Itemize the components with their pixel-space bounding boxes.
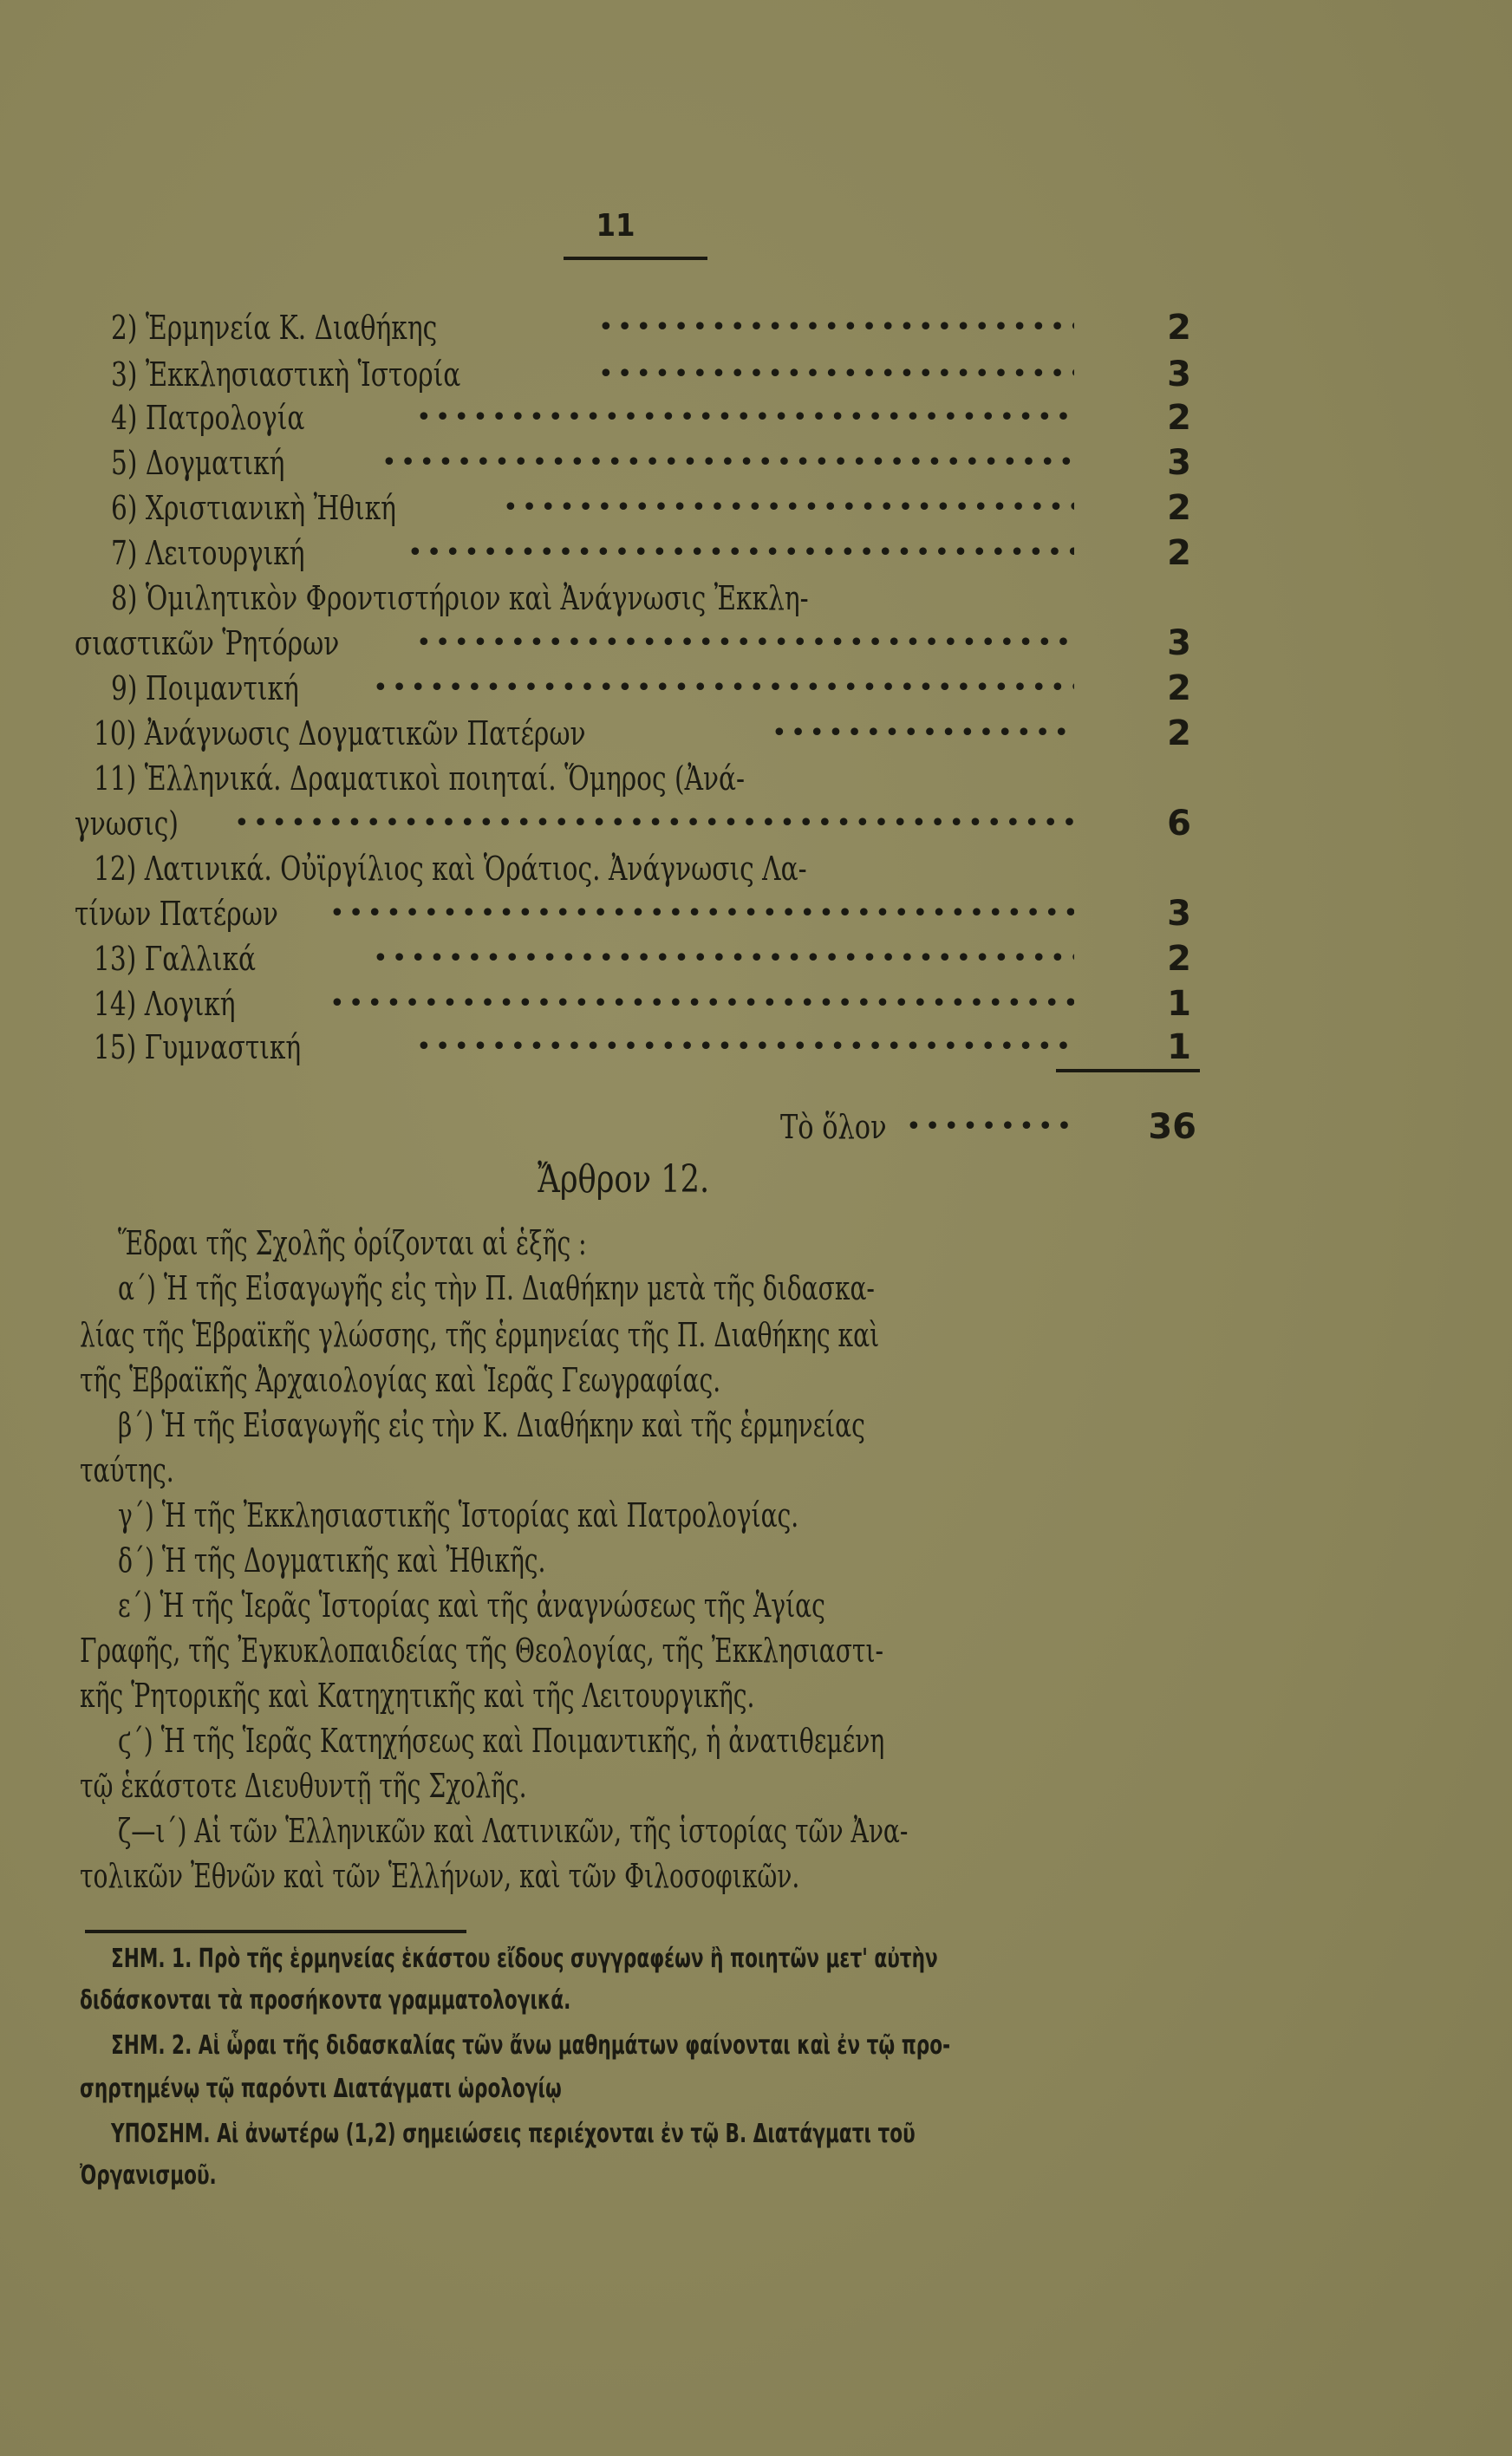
text-line: ϛ´) Ἡ τῆς Ἱερᾶς Κατηχήσεως καὶ Ποιμαντικ… — [118, 1722, 884, 1760]
leader-dots: ••••••••••••••••••••••••••••••••••••••••… — [416, 1023, 1074, 1072]
footnote-line: ΥΠΟΣΗΜ. Αἱ ἀνωτέρω (1,2) σημειώσεις περι… — [111, 2119, 916, 2149]
leader-dots: ••••••••••••••••••••••••••••••••••••••••… — [598, 350, 1074, 399]
leader-dots: ••••••••••••••••••••••••••••••••••••••••… — [381, 439, 1074, 487]
toc-hours: 1 — [1162, 980, 1196, 1028]
footnote-line: διδάσκονται τὰ προσήκοντα γραμματολογικά… — [80, 1985, 570, 2016]
toc-row: 14) Λογική •••••••••••••••••••••••••••••… — [0, 980, 1512, 1028]
toc-label: 11) Ἑλληνικά. Δραματικοὶ ποιηταί. Ὅμηρος… — [94, 754, 745, 803]
text-line: κῆς Ῥητορικῆς καὶ Κατηχητικῆς καὶ τῆς Λε… — [80, 1677, 754, 1715]
toc-label: 15) Γυμναστική — [94, 1023, 301, 1072]
toc-row: 11) Ἑλληνικά. Δραματικοὶ ποιηταί. Ὅμηρος… — [0, 754, 1512, 803]
toc-label-continued: τίνων Πατέρων — [75, 889, 278, 938]
toc-hours: 2 — [1162, 529, 1196, 577]
toc-label: 9) Ποιμαντική — [111, 664, 299, 713]
toc-hours: 3 — [1162, 439, 1196, 487]
leader-dots: ••••••••• — [906, 1101, 1075, 1153]
toc-row: 5) Δογματική •••••••••••••••••••••••••••… — [0, 439, 1512, 487]
toc-hours: 1 — [1162, 1023, 1196, 1072]
toc-row: 3) Ἐκκλησιαστικὴ Ἱστορία •••••••••••••••… — [0, 350, 1512, 399]
toc-row: 9) Ποιμαντική ••••••••••••••••••••••••••… — [0, 664, 1512, 713]
toc-label: 8) Ὁμιλητικὸν Φροντιστήριον καὶ Ἀνάγνωσι… — [111, 574, 809, 622]
toc-hours: 2 — [1162, 484, 1196, 532]
toc-hours: 3 — [1162, 619, 1196, 668]
text-line: Ἕδραι τῆς Σχολῆς ὁρίζονται αἱ ἑξῆς : — [118, 1224, 587, 1262]
leader-dots: ••••••••••••••••••••••••••••••••••••••••… — [416, 394, 1074, 442]
toc-label: 2) Ἑρμηνεία Κ. Διαθήκης — [111, 303, 437, 352]
toc-label: 14) Λογική — [94, 980, 236, 1028]
text-line: α´) Ἡ τῆς Εἰσαγωγῆς εἰς τὴν Π. Διαθήκην … — [118, 1269, 875, 1307]
text-line: Γραφῆς, τῆς Ἐγκυκλοπαιδείας τῆς Θεολογία… — [80, 1632, 883, 1670]
toc-row: 12) Λατινικά. Οὐϊργίλιος καὶ Ὁράτιος. Ἀν… — [0, 844, 1512, 893]
toc-row: 8) Ὁμιλητικὸν Φροντιστήριον καὶ Ἀνάγνωσι… — [0, 574, 1512, 622]
toc-label: 3) Ἐκκλησιαστικὴ Ἱστορία — [111, 350, 460, 399]
toc-hours: 3 — [1162, 350, 1196, 399]
toc-label: 5) Δογματική — [111, 439, 284, 487]
page-number-rule — [564, 257, 707, 260]
toc-hours: 3 — [1162, 889, 1196, 938]
total-label: Τὸ ὅλον — [780, 1101, 887, 1153]
toc-row: τίνων Πατέρων ••••••••••••••••••••••••••… — [0, 889, 1512, 938]
toc-row: 7) Λειτουργική •••••••••••••••••••••••••… — [0, 529, 1512, 577]
total-hours: 36 — [1148, 1101, 1196, 1153]
leader-dots: ••••••••••••••••••••••••••••••••••••••••… — [772, 709, 1074, 758]
leader-dots: ••••••••••••••••••••••••••••••••••••••••… — [407, 529, 1074, 577]
toc-row: 4) Πατρολογία ••••••••••••••••••••••••••… — [0, 394, 1512, 442]
footnote-line: Ὀργανισμοῦ. — [80, 2160, 217, 2191]
text-line: δ´) Ἡ τῆς Δογματικῆς καὶ Ἠθικῆς. — [118, 1541, 545, 1580]
text-line: ζ—ι´) Αἱ τῶν Ἑλληνικῶν καὶ Λατινικῶν, τῆ… — [118, 1812, 908, 1850]
toc-label: 7) Λειτουργική — [111, 529, 305, 577]
toc-row: 2) Ἑρμηνεία Κ. Διαθήκης ••••••••••••••••… — [0, 303, 1512, 352]
toc-row: 6) Χριστιανικὴ Ἠθική •••••••••••••••••••… — [0, 484, 1512, 532]
toc-hours: 2 — [1162, 394, 1196, 442]
text-line: τολικῶν Ἐθνῶν καὶ τῶν Ἑλλήνων, καὶ τῶν Φ… — [80, 1857, 799, 1895]
total-row: Τὸ ὅλον ••••••••• 36 — [780, 1101, 1196, 1153]
sum-rule — [1056, 1069, 1200, 1072]
text-line: λίας τῆς Ἑβραϊκῆς γλώσσης, τῆς ἑρμηνείας… — [80, 1316, 879, 1354]
page-number: 11 — [572, 208, 659, 244]
footnote-rule — [85, 1930, 466, 1933]
text-line: τῷ ἑκάστοτε Διευθυντῇ τῆς Σχολῆς. — [80, 1767, 527, 1805]
leader-dots: ••••••••••••••••••••••••••••••••••••••••… — [373, 664, 1074, 713]
toc-label-continued: γνωσις) — [75, 799, 179, 848]
leader-dots: ••••••••••••••••••••••••••••••••••••••••… — [503, 484, 1074, 532]
toc-hours: 2 — [1162, 664, 1196, 713]
toc-label-continued: σιαστικῶν Ῥητόρων — [75, 619, 339, 668]
text-line: ε´) Ἡ τῆς Ἱερᾶς Ἱστορίας καὶ τῆς ἀναγνώσ… — [118, 1586, 825, 1625]
leader-dots: ••••••••••••••••••••••••••••••••••••••••… — [234, 799, 1074, 848]
text-line: γ´) Ἡ τῆς Ἐκκλησιαστικῆς Ἱστορίας καὶ Πα… — [118, 1496, 798, 1534]
leader-dots: ••••••••••••••••••••••••••••••••••••••••… — [373, 935, 1074, 983]
toc-row: σιαστικῶν Ῥητόρων ••••••••••••••••••••••… — [0, 619, 1512, 668]
toc-hours: 2 — [1162, 935, 1196, 983]
toc-hours: 2 — [1162, 709, 1196, 758]
toc-label: 13) Γαλλικά — [94, 935, 256, 983]
leader-dots: ••••••••••••••••••••••••••••••••••••••••… — [329, 889, 1074, 938]
text-line: β´) Ἡ τῆς Εἰσαγωγῆς εἰς τὴν Κ. Διαθήκην … — [118, 1406, 865, 1444]
toc-hours: 2 — [1162, 303, 1196, 352]
footnote-line: σηρτημένῳ τῷ παρόντι Διατάγματι ὡρολογίῳ — [80, 2074, 562, 2104]
text-line: ταύτης. — [80, 1451, 174, 1489]
toc-row: 13) Γαλλικά ••••••••••••••••••••••••••••… — [0, 935, 1512, 983]
leader-dots: ••••••••••••••••••••••••••••••••••••••••… — [416, 619, 1074, 668]
footnote-line: ΣΗΜ. 2. Αἱ ὧραι τῆς διδασκαλίας τῶν ἄνω … — [111, 2030, 950, 2061]
toc-hours: 6 — [1162, 799, 1196, 848]
toc-label: 10) Ἀνάγνωσις Δογματικῶν Πατέρων — [94, 709, 586, 758]
toc-row: 15) Γυμναστική •••••••••••••••••••••••••… — [0, 1023, 1512, 1072]
leader-dots: ••••••••••••••••••••••••••••••••••••••••… — [329, 980, 1074, 1028]
toc-label: 4) Πατρολογία — [111, 394, 304, 442]
article-heading: Ἄρθρον 12. — [538, 1157, 709, 1202]
text-line: τῆς Ἑβραϊκῆς Ἀρχαιολογίας καὶ Ἱερᾶς Γεωγ… — [80, 1361, 720, 1399]
toc-row: γνωσις) ••••••••••••••••••••••••••••••••… — [0, 799, 1512, 848]
toc-row: 10) Ἀνάγνωσις Δογματικῶν Πατέρων •••••••… — [0, 709, 1512, 758]
leader-dots: ••••••••••••••••••••••••••••••••••••••••… — [598, 303, 1074, 352]
toc-label: 6) Χριστιανικὴ Ἠθική — [111, 484, 396, 532]
toc-label: 12) Λατινικά. Οὐϊργίλιος καὶ Ὁράτιος. Ἀν… — [94, 844, 807, 893]
footnote-line: ΣΗΜ. 1. Πρὸ τῆς ἑρμηνείας ἑκάστου εἴδους… — [111, 1944, 938, 1974]
